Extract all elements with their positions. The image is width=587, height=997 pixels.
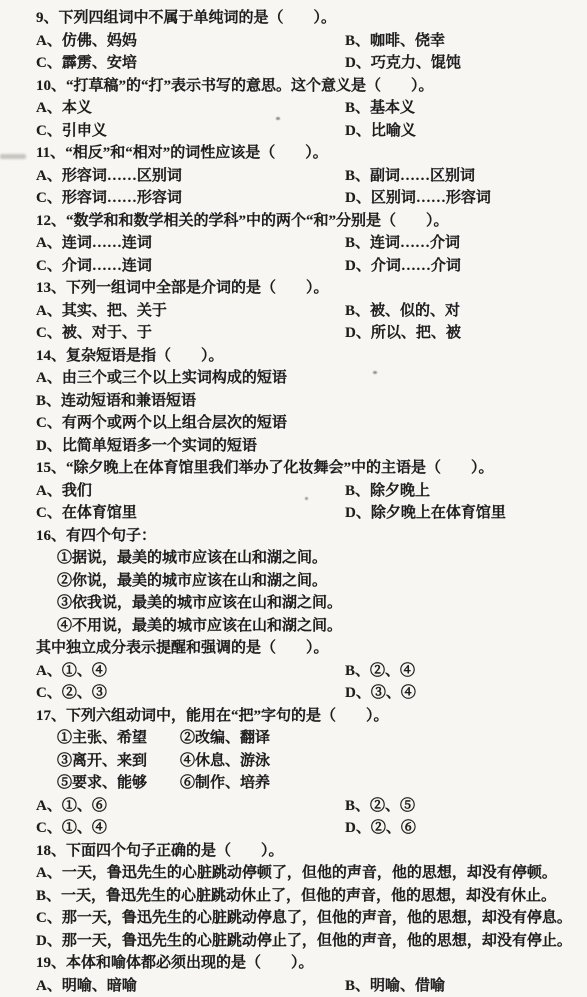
question-text: 复杂短语是指（ ）。: [66, 348, 224, 364]
option-label: D、: [345, 55, 371, 71]
option-label: D、: [345, 505, 371, 521]
option-c: C、形容词……形容词: [36, 187, 345, 210]
option-b: B、②、⑤: [345, 795, 581, 818]
option-text: 副词……区别词: [370, 168, 475, 184]
example-sentence-1: ①据说，最美的城市应该在山和湖之间。: [36, 547, 581, 570]
option-label: B、: [345, 663, 370, 679]
question-stem: 14、复杂短语是指（ ）。: [36, 345, 581, 368]
option-d: D、③、④: [345, 682, 581, 705]
option-label: A、: [36, 865, 62, 881]
option-text: 引申义: [62, 123, 107, 139]
question-text: 下列一组词中全部是介词的是（ ）。: [66, 280, 329, 296]
option-label: A、: [36, 303, 62, 319]
option-text: 有两个或两个以上组合层次的短语: [62, 415, 287, 431]
verb-group-2: ②改编、翻译: [180, 727, 270, 750]
question-number: 19、: [36, 955, 66, 971]
question-number: 9、: [36, 10, 59, 26]
option-label: D、: [345, 123, 371, 139]
option-b: B、被、似的、对: [345, 300, 581, 323]
option-text: 连词……介词: [370, 235, 460, 251]
option-text: 仿佛、妈妈: [62, 33, 137, 49]
option-label: D、: [345, 258, 371, 274]
scanned-test-page: 9、下列四组词中不属于单纯词的是（ ）。 A、仿佛、妈妈 B、咖啡、侥幸 C、霹…: [0, 0, 587, 997]
option-a: A、其实、把、关于: [36, 300, 345, 323]
option-text: 一天，鲁迅先生的心脏跳动休止了，但他的声音，他的思想，却没有休止。: [61, 888, 556, 904]
option-text: 连动短语和兼语短语: [61, 393, 196, 409]
question-17: 17、下列六组动词中，能用在“把”字句的是（ ）。 ①主张、希望 ②改编、翻译 …: [36, 705, 581, 840]
question-12: 12、“数学和和数学相关的学科”中的两个“和”分别是（ ）。 A、连词……连词 …: [36, 210, 581, 278]
question-stem: 18、下面四个句子正确的是（ ）。: [36, 840, 581, 863]
option-label: B、: [345, 100, 370, 116]
option-c: C、②、③: [36, 682, 345, 705]
option-label: C、: [36, 820, 62, 836]
question-text: “相反”和“相对”的词性应该是（ ）。: [65, 145, 328, 161]
option-d: D、介词……介词: [345, 255, 581, 278]
example-sentence-2: ②你说，最美的城市应该在山和湖之间。: [36, 570, 581, 593]
option-text: 介词……连词: [62, 258, 152, 274]
option-text: ②、⑤: [370, 798, 415, 814]
question-text: 本体和喻体都必须出现的是（ ）。: [66, 955, 314, 971]
option-text: 在体育馆里: [62, 505, 137, 521]
example-sentence-4: ④不用说，最美的城市应该在山和湖之间。: [36, 615, 581, 638]
question-stem: 13、下列一组词中全部是介词的是（ ）。: [36, 277, 581, 300]
question-text: 下面四个句子正确的是（ ）。: [66, 843, 284, 859]
option-label: B、: [345, 303, 370, 319]
option-b: B、明喻、借喻: [345, 975, 581, 997]
option-text: 明喻、暗喻: [62, 978, 137, 994]
scan-artifact: [0, 154, 26, 159]
option-text: 其实、把、关于: [62, 303, 167, 319]
option-text: ①、④: [62, 820, 107, 836]
question-stem: 9、下列四组词中不属于单纯词的是（ ）。: [36, 7, 581, 30]
question-stem: 12、“数学和和数学相关的学科”中的两个“和”分别是（ ）。: [36, 210, 581, 233]
option-text: 除夕晚上: [370, 483, 430, 499]
option-label: C、: [36, 55, 62, 71]
option-d: D、区别词……形容词: [345, 187, 581, 210]
option-label: D、: [36, 933, 62, 949]
verb-group-6: ⑥制作、培养: [180, 772, 270, 795]
question-number: 12、: [36, 213, 66, 229]
option-row: C、①、④ D、②、⑥: [36, 817, 581, 840]
verb-pair-row: ⑤要求、能够 ⑥制作、培养: [36, 772, 581, 795]
option-label: A、: [36, 978, 62, 994]
question-text: “打草稿”的“打”表示书写的意思。这个意义是（ ）。: [66, 78, 434, 94]
question-stem: 19、本体和喻体都必须出现的是（ ）。: [36, 952, 581, 975]
option-label: A、: [36, 235, 62, 251]
question-15: 15、“除夕晚上在体育馆里我们举办了化妆舞会”中的主语是（ ）。 A、我们 B、…: [36, 457, 581, 525]
option-row: A、明喻、暗喻 B、明喻、借喻: [36, 975, 581, 997]
option-label: B、: [36, 888, 61, 904]
option-row: A、其实、把、关于 B、被、似的、对: [36, 300, 581, 323]
option-row: C、介词……连词 D、介词……介词: [36, 255, 581, 278]
option-text: 本义: [62, 100, 92, 116]
option-label: C、: [36, 415, 62, 431]
option-row: C、引申义 D、比喻义: [36, 120, 581, 143]
question-10: 10、“打草稿”的“打”表示书写的意思。这个意义是（ ）。 A、本义 B、基本义…: [36, 75, 581, 143]
question-stem: 16、有四个句子：: [36, 525, 581, 548]
option-a: A、①、④: [36, 660, 345, 683]
question-19: 19、本体和喻体都必须出现的是（ ）。 A、明喻、暗喻 B、明喻、借喻: [36, 952, 581, 997]
option-row: A、我们 B、除夕晚上: [36, 480, 581, 503]
option-row: A、本义 B、基本义: [36, 97, 581, 120]
option-text: 被、似的、对: [370, 303, 460, 319]
question-number: 17、: [36, 708, 66, 724]
option-text: 除夕晚上在体育馆里: [371, 505, 506, 521]
option-label: A、: [36, 663, 62, 679]
option-c: C、①、④: [36, 817, 345, 840]
option-text: 所以、把、被: [371, 325, 461, 341]
option-b: B、咖啡、侥幸: [345, 30, 581, 53]
option-label: B、: [345, 235, 370, 251]
option-label: C、: [36, 325, 62, 341]
option-a: A、①、⑥: [36, 795, 345, 818]
option-label: D、: [345, 685, 371, 701]
question-14: 14、复杂短语是指（ ）。 A、由三个或三个以上实词构成的短语 B、连动短语和兼…: [36, 345, 581, 458]
question-18: 18、下面四个句子正确的是（ ）。 A、一天，鲁迅先生的心脏跳动停顿了，但他的声…: [36, 840, 581, 953]
option-b: B、②、④: [345, 660, 581, 683]
option-label: C、: [36, 505, 62, 521]
option-text: 形容词……形容词: [62, 190, 182, 206]
question-stem-continued: 其中独立成分表示提醒和强调的是（ ）。: [36, 637, 581, 660]
option-c: C、有两个或两个以上组合层次的短语: [36, 412, 581, 435]
question-9: 9、下列四组词中不属于单纯词的是（ ）。 A、仿佛、妈妈 B、咖啡、侥幸 C、霹…: [36, 7, 581, 75]
option-text: 比喻义: [371, 123, 416, 139]
option-d: D、比喻义: [345, 120, 581, 143]
option-text: 由三个或三个以上实词构成的短语: [62, 370, 287, 386]
option-label: A、: [36, 798, 62, 814]
option-label: A、: [36, 168, 62, 184]
option-c: C、引申义: [36, 120, 345, 143]
option-text: 区别词……形容词: [371, 190, 491, 206]
option-row: A、仿佛、妈妈 B、咖啡、侥幸: [36, 30, 581, 53]
option-label: A、: [36, 483, 62, 499]
question-stem: 15、“除夕晚上在体育馆里我们举办了化妆舞会”中的主语是（ ）。: [36, 457, 581, 480]
option-text: 被、对于、于: [62, 325, 152, 341]
question-13: 13、下列一组词中全部是介词的是（ ）。 A、其实、把、关于 B、被、似的、对 …: [36, 277, 581, 345]
question-number: 10、: [36, 78, 66, 94]
option-label: C、: [36, 910, 62, 926]
option-b: B、除夕晚上: [345, 480, 581, 503]
option-row: C、在体育馆里 D、除夕晚上在体育馆里: [36, 502, 581, 525]
option-a: A、连词……连词: [36, 232, 345, 255]
option-row: C、②、③ D、③、④: [36, 682, 581, 705]
option-label: D、: [345, 820, 371, 836]
verb-pair-row: ①主张、希望 ②改编、翻译: [36, 727, 581, 750]
option-c: C、在体育馆里: [36, 502, 345, 525]
option-a: A、明喻、暗喻: [36, 975, 345, 997]
option-text: ②、⑥: [371, 820, 416, 836]
option-text: 一天，鲁迅先生的心脏跳动停顿了，但他的声音，他的思想，却没有停顿。: [62, 865, 557, 881]
option-a: A、本义: [36, 97, 345, 120]
option-c: C、那一天，鲁迅先生的心脏跳动停息了，但他的声音，他的思想，却没有停息。: [36, 907, 581, 930]
option-label: B、: [345, 978, 370, 994]
option-row: C、形容词……形容词 D、区别词……形容词: [36, 187, 581, 210]
option-label: C、: [36, 190, 62, 206]
option-label: B、: [345, 483, 370, 499]
question-text: 下列四组词中不属于单纯词的是（ ）。: [59, 10, 337, 26]
option-label: D、: [36, 438, 62, 454]
option-b: B、副词……区别词: [345, 165, 581, 188]
option-b: B、一天，鲁迅先生的心脏跳动休止了，但他的声音，他的思想，却没有休止。: [36, 885, 581, 908]
option-row: A、连词……连词 B、连词……介词: [36, 232, 581, 255]
option-c: C、被、对于、于: [36, 322, 345, 345]
option-text: ①、⑥: [62, 798, 107, 814]
question-number: 15、: [36, 460, 66, 476]
option-a: A、由三个或三个以上实词构成的短语: [36, 367, 581, 390]
option-text: 连词……连词: [62, 235, 152, 251]
verb-group-4: ④休息、游泳: [180, 750, 270, 773]
option-a: A、一天，鲁迅先生的心脏跳动停顿了，但他的声音，他的思想，却没有停顿。: [36, 862, 581, 885]
option-label: A、: [36, 33, 62, 49]
option-text: 那一天，鲁迅先生的心脏跳动停止了，但他的声音，他的思想，却没有停止。: [62, 933, 572, 949]
question-stem: 10、“打草稿”的“打”表示书写的意思。这个意义是（ ）。: [36, 75, 581, 98]
question-11: 11、“相反”和“相对”的词性应该是（ ）。 A、形容词……区别词 B、副词………: [36, 142, 581, 210]
option-row: C、霹雳、安培 D、巧克力、馄饨: [36, 52, 581, 75]
option-label: C、: [36, 123, 62, 139]
option-c: C、介词……连词: [36, 255, 345, 278]
option-row: A、①、⑥ B、②、⑤: [36, 795, 581, 818]
question-text: 有四个句子：: [66, 528, 156, 544]
question-text: “除夕晚上在体育馆里我们举办了化妆舞会”中的主语是（ ）。: [66, 460, 494, 476]
verb-group-5: ⑤要求、能够: [57, 772, 180, 795]
option-text: 形容词……区别词: [62, 168, 182, 184]
option-d: D、那一天，鲁迅先生的心脏跳动停止了，但他的声音，他的思想，却没有停止。: [36, 930, 581, 953]
question-16: 16、有四个句子： ①据说，最美的城市应该在山和湖之间。 ②你说，最美的城市应该…: [36, 525, 581, 705]
question-number: 13、: [36, 280, 66, 296]
option-d: D、比简单短语多一个实词的短语: [36, 435, 581, 458]
option-b: B、连动短语和兼语短语: [36, 390, 581, 413]
option-text: 明喻、借喻: [370, 978, 445, 994]
option-a: A、形容词……区别词: [36, 165, 345, 188]
option-b: B、基本义: [345, 97, 581, 120]
option-d: D、除夕晚上在体育馆里: [345, 502, 581, 525]
option-d: D、巧克力、馄饨: [345, 52, 581, 75]
option-label: C、: [36, 258, 62, 274]
question-number: 14、: [36, 348, 66, 364]
option-text: 介词……介词: [371, 258, 461, 274]
option-row: C、被、对于、于 D、所以、把、被: [36, 322, 581, 345]
option-text: 那一天，鲁迅先生的心脏跳动停息了，但他的声音，他的思想，却没有停息。: [62, 910, 572, 926]
option-row: A、①、④ B、②、④: [36, 660, 581, 683]
question-number: 18、: [36, 843, 66, 859]
question-number: 11、: [36, 145, 65, 161]
option-text: 基本义: [370, 100, 415, 116]
example-sentence-3: ③依我说，最美的城市应该在山和湖之间。: [36, 592, 581, 615]
question-text: “数学和和数学相关的学科”中的两个“和”分别是（ ）。: [66, 213, 449, 229]
option-row: A、形容词……区别词 B、副词……区别词: [36, 165, 581, 188]
option-text: 比简单短语多一个实词的短语: [62, 438, 257, 454]
verb-group-3: ③离开、来到: [57, 750, 180, 773]
option-text: 巧克力、馄饨: [371, 55, 461, 71]
option-label: D、: [345, 190, 371, 206]
option-label: A、: [36, 100, 62, 116]
option-label: B、: [345, 798, 370, 814]
question-stem: 11、“相反”和“相对”的词性应该是（ ）。: [36, 142, 581, 165]
option-label: A、: [36, 370, 62, 386]
option-text: 霹雳、安培: [62, 55, 137, 71]
option-c: C、霹雳、安培: [36, 52, 345, 75]
question-text: 下列六组动词中，能用在“把”字句的是（ ）。: [66, 708, 389, 724]
option-label: B、: [36, 393, 61, 409]
option-text: ②、③: [62, 685, 107, 701]
option-a: A、我们: [36, 480, 345, 503]
verb-pair-row: ③离开、来到 ④休息、游泳: [36, 750, 581, 773]
option-label: B、: [345, 33, 370, 49]
option-text: 我们: [62, 483, 92, 499]
option-text: 咖啡、侥幸: [370, 33, 445, 49]
option-label: C、: [36, 685, 62, 701]
option-b: B、连词……介词: [345, 232, 581, 255]
option-label: B、: [345, 168, 370, 184]
verb-group-1: ①主张、希望: [57, 727, 180, 750]
option-d: D、所以、把、被: [345, 322, 581, 345]
option-text: ①、④: [62, 663, 107, 679]
question-number: 16、: [36, 528, 66, 544]
option-d: D、②、⑥: [345, 817, 581, 840]
option-text: ③、④: [371, 685, 416, 701]
option-label: D、: [345, 325, 371, 341]
question-stem: 17、下列六组动词中，能用在“把”字句的是（ ）。: [36, 705, 581, 728]
option-a: A、仿佛、妈妈: [36, 30, 345, 53]
option-text: ②、④: [370, 663, 415, 679]
